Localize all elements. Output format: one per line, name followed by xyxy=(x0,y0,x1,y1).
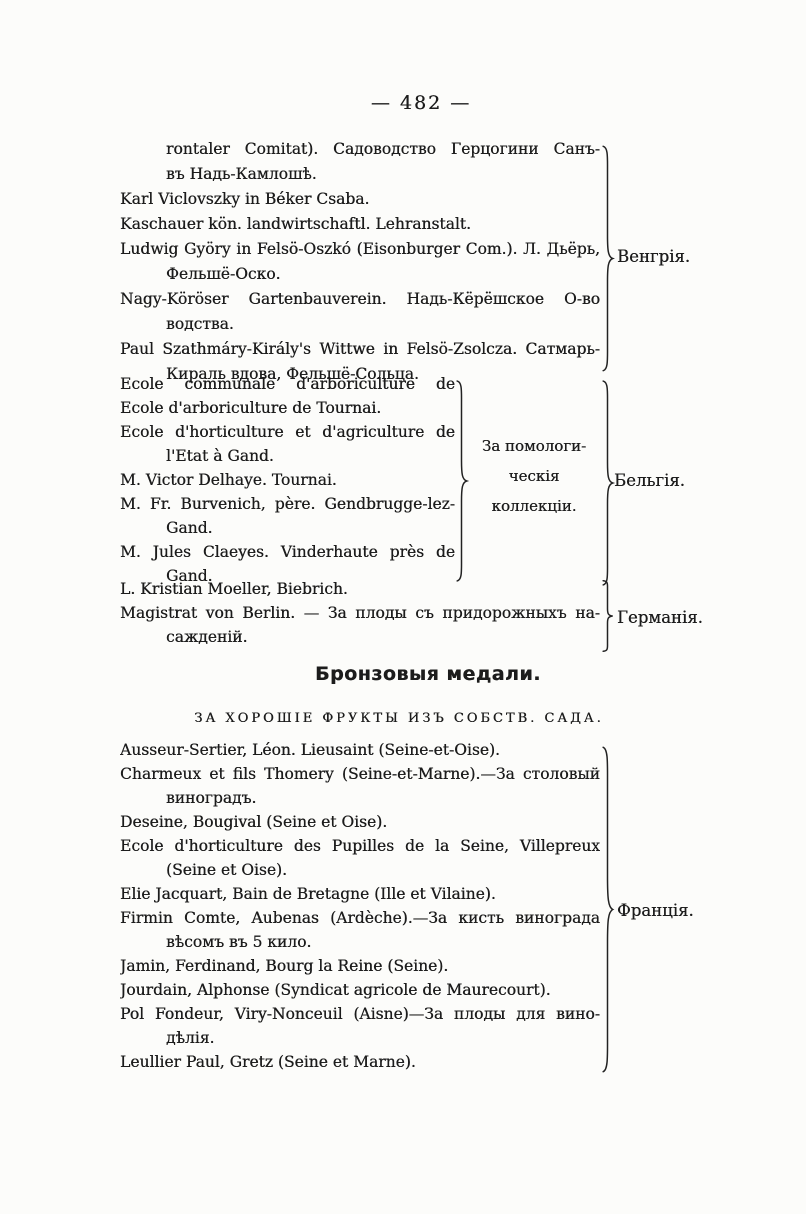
entry-line: L. Kristian Moeller, Biebrich. xyxy=(120,577,600,601)
entry-line: Charmeux et fils Thomery (Seine-et-Marne… xyxy=(120,762,600,786)
section-belgium: Ecole communale d'arboriculture de Mons.… xyxy=(120,372,455,588)
entry-line: Ecole d'horticulture et d'agriculture de xyxy=(120,420,455,444)
entry-line: Firmin Comte, Aubenas (Ardèche).—За кист… xyxy=(120,906,600,930)
entry-line: Jourdain, Alphonse (Syndicat agricole de… xyxy=(120,978,600,1002)
section-france: Ausseur-Sertier, Léon. Lieusaint (Seine-… xyxy=(120,738,600,1074)
country-label-belgium: Бельгія. xyxy=(614,471,685,490)
entry-line: дѣлія. xyxy=(120,1026,600,1050)
note-line: ческія xyxy=(458,461,610,491)
entry-line: сажденій. xyxy=(120,625,600,649)
entry-line: Paul Szathmáry-Király's Wittwe in Felsö-… xyxy=(120,337,600,362)
entry-line: Nagy-Köröser Gartenbauverein. Надь-Кёрёш… xyxy=(120,287,600,312)
entry-line: M. Victor Delhaye. Tournai. xyxy=(120,468,455,492)
entry-line: Magistrat von Berlin. — За плоды съ прид… xyxy=(120,601,600,625)
entry-line: (Seine et Oise). xyxy=(120,858,600,882)
entry-line: Elie Jacquart, Bain de Bretagne (Ille et… xyxy=(120,882,600,906)
entry-line: водства. xyxy=(120,312,600,337)
entry-line: Jamin, Ferdinand, Bourg la Reine (Seine)… xyxy=(120,954,600,978)
entry-line: Фельшё-Оско. xyxy=(120,262,600,287)
entry-line: Deseine, Bougival (Seine et Oise). xyxy=(120,810,600,834)
entry-line: Karl Viclovszky in Béker Csaba. xyxy=(120,187,600,212)
entry-line: l'Etat à Gand. xyxy=(120,444,455,468)
entry-line: вѣсомъ въ 5 кило. xyxy=(120,930,600,954)
scanned-page: — 482 — rontaler Comitat). Садоводство Г… xyxy=(0,0,806,1214)
page-number: — 482 — xyxy=(18,92,806,114)
entry-line: Ludwig Györy in Felsö-Oszkó (Eisonburger… xyxy=(120,237,600,262)
entry-line: rontaler Comitat). Садоводство Герцогини… xyxy=(120,137,600,162)
note-line: За помологи- xyxy=(458,431,610,461)
entry-line: Ausseur-Sertier, Léon. Lieusaint (Seine-… xyxy=(120,738,600,762)
entry-line: виноградъ. xyxy=(120,786,600,810)
entry-line: Leullier Paul, Gretz (Seine et Marne). xyxy=(120,1050,600,1074)
entry-line: Ecole communale d'arboriculture de Mons. xyxy=(120,372,455,396)
section-germany: L. Kristian Moeller, Biebrich. Magistrat… xyxy=(120,577,600,649)
section-hungary: rontaler Comitat). Садоводство Герцогини… xyxy=(120,137,600,387)
germany-brace xyxy=(601,580,614,652)
entry-line: Pol Fondeur, Viry-Nonceuil (Aisne)—За пл… xyxy=(120,1002,600,1026)
entry-line: Ecole d'horticulture des Pupilles de la … xyxy=(120,834,600,858)
country-label-france: Франція. xyxy=(617,901,694,920)
belgium-award-note: За помологи- ческія коллекціи. xyxy=(458,431,610,521)
france-brace xyxy=(601,744,614,1075)
bronze-medals-heading: Бронзовыя медали. xyxy=(25,663,806,685)
entry-line: Gand. xyxy=(120,516,455,540)
entry-line: M. Jules Claeyes. Vinderhaute près de xyxy=(120,540,455,564)
entry-line: Ecole d'arboriculture de Tournai. xyxy=(120,396,455,420)
country-label-hungary: Венгрія. xyxy=(617,247,690,266)
country-label-germany: Германія. xyxy=(617,608,703,627)
entry-line: M. Fr. Burvenich, père. Gendbrugge-lez- xyxy=(120,492,455,516)
hungary-brace xyxy=(601,144,614,373)
entry-line: Kaschauer kön. landwirtschaftl. Lehranst… xyxy=(120,212,600,237)
note-line: коллекціи. xyxy=(458,491,610,521)
bronze-medals-subheading: ЗА ХОРОШІЕ ФРУКТЫ ИЗЪ СОБСТВ. САДА. xyxy=(0,711,802,726)
entry-line: въ Надь-Камлошѣ. xyxy=(120,162,600,187)
